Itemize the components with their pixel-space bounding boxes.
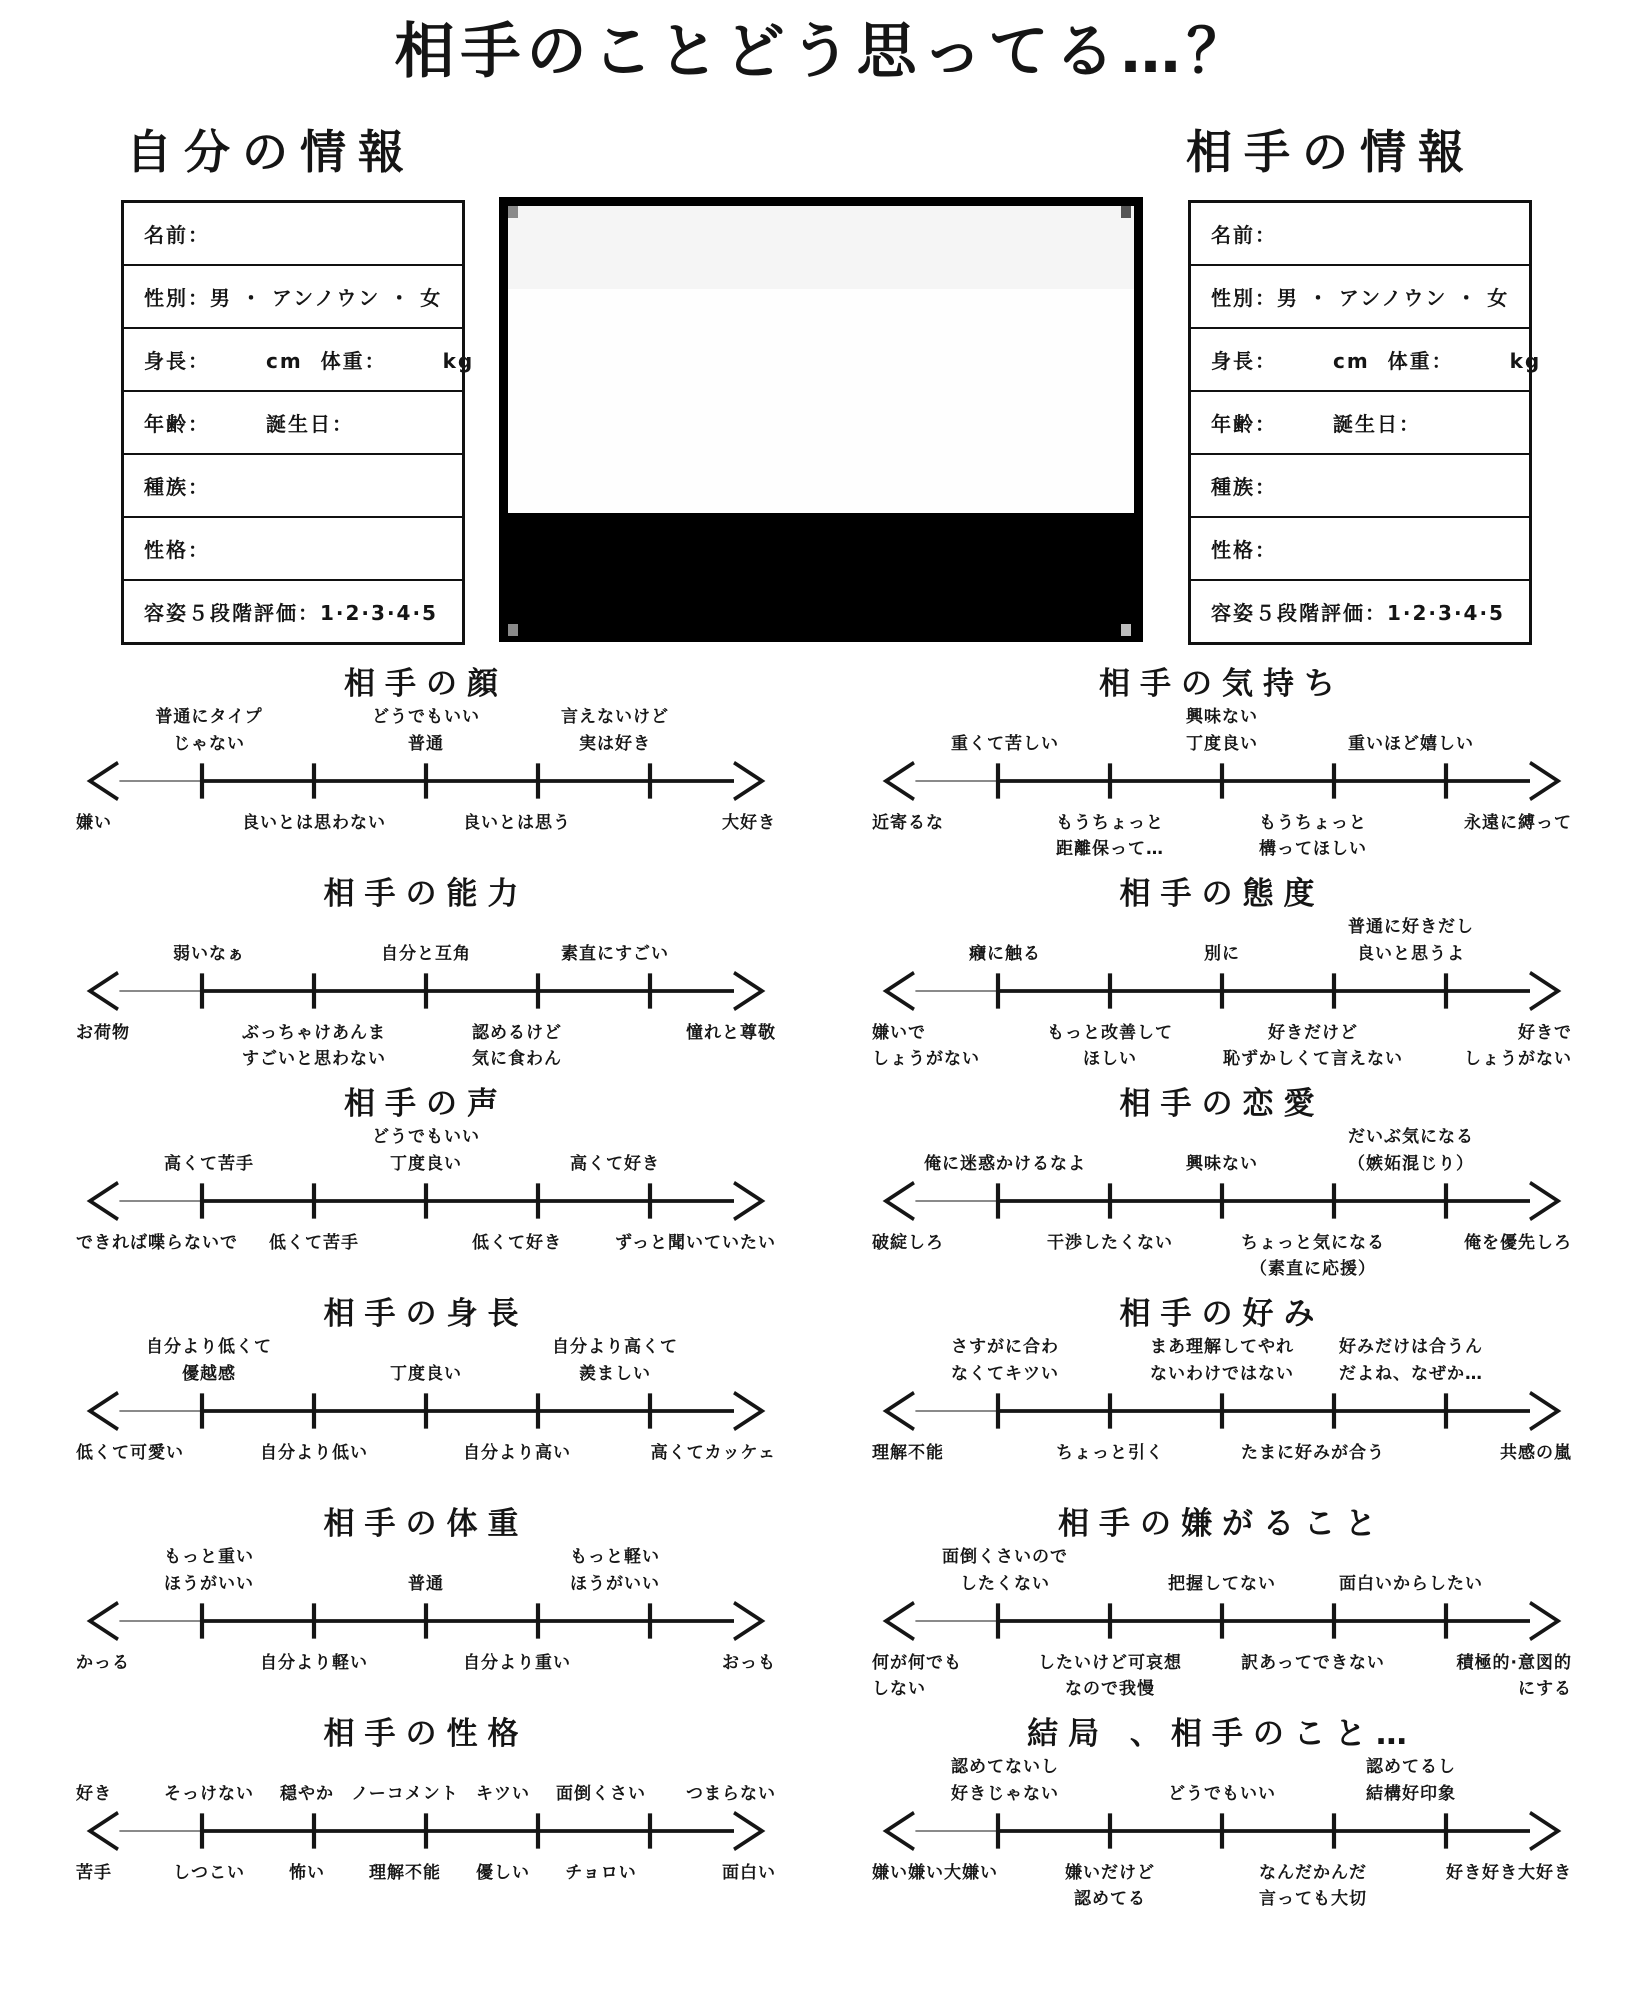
scale-label-below: もうちょっと 構ってほしい	[1259, 810, 1367, 863]
scale-block: 相手の態度癪に触る別に普通に好きだし 良いと思うよ嫌いで しょうがないもっと改善…	[872, 868, 1572, 1078]
scale-label-below: ずっと聞いていたい	[615, 1230, 776, 1256]
scale-labels-below: 何が何でも しないしたいけど可哀想 なので我慢訳あってできない積極的·意図的 に…	[872, 1644, 1572, 1696]
info-field-label: 種族：	[1211, 471, 1277, 500]
scale-label-above: 認めてないし 好きじゃない	[951, 1754, 1059, 1807]
scale-label-below: なんだかんだ 言っても大切	[1259, 1860, 1367, 1913]
scale-label-below: 低くて好き	[472, 1230, 562, 1256]
scale-labels-above: 面倒くさいので したくない把握してない面白いからしたい	[872, 1546, 1572, 1598]
scale-labels-below: 破綻しろ干渉したくないちょっと気になる （素直に応援）俺を優先しろ	[872, 1224, 1572, 1276]
scale-labels-below: 低くて可愛い自分より低い自分より高い高くてカッケェ	[76, 1434, 776, 1486]
scale-label-below: 低くて苦手	[269, 1230, 359, 1256]
partner-info-box: 名前：性別：男 ・ アンノウン ・ 女身長： cm 体重： kg年齢： 誕生日：…	[1188, 200, 1532, 645]
scale-block: 相手の性格好きそっけない穏やかノーコメントキツい面倒くさいつまらない苦手しつこい…	[76, 1708, 776, 1918]
scale-label-below: 好きで しょうがない	[1464, 1020, 1572, 1073]
info-row: 年齢： 誕生日：	[1191, 392, 1529, 455]
partner-info-header: 相手の情報	[1186, 116, 1476, 182]
scale-title: 相手の好み	[872, 1288, 1572, 1336]
scale-title: 相手の顔	[76, 658, 776, 706]
scale-axis	[76, 968, 776, 1014]
scale-label-above: 重いほど嬉しい	[1348, 731, 1474, 757]
scale-label-above: 興味ない 丁度良い	[1186, 704, 1258, 757]
scale-labels-above: 認めてないし 好きじゃないどうでもいい認めてるし 結構好印象	[872, 1756, 1572, 1808]
scale-label-below: 面白い	[722, 1860, 776, 1886]
scale-label-below: できれば喋らないで	[76, 1230, 238, 1256]
scale-labels-above: さすがに合わ なくてキツいまあ理解してやれ ないわけではない好みだけは合うん だ…	[872, 1336, 1572, 1388]
scale-label-above: 面倒くさい	[556, 1781, 646, 1807]
scale-title: 相手の身長	[76, 1288, 776, 1336]
scale-label-above: 普通に好きだし 良いと思うよ	[1348, 914, 1474, 967]
scale-label-above: 面倒くさいので したくない	[942, 1544, 1068, 1597]
info-field-label: 名前：	[144, 219, 210, 248]
scale-label-below: 良いとは思わない	[242, 810, 386, 836]
scale-axis	[76, 1598, 776, 1644]
info-field-label: 種族：	[144, 471, 210, 500]
scale-label-above: 高くて好き	[570, 1151, 660, 1177]
scale-labels-below: できれば喋らないで低くて苦手低くて好きずっと聞いていたい	[76, 1224, 776, 1276]
scale-axis	[872, 1598, 1572, 1644]
scale-labels-above: 癪に触る別に普通に好きだし 良いと思うよ	[872, 916, 1572, 968]
scale-label-below: 理解不能	[369, 1860, 441, 1886]
scale-label-above: だいぶ気になる （嫉妬混じり）	[1348, 1124, 1474, 1177]
info-row: 名前：	[124, 203, 462, 266]
scale-label-above: 自分より低くて 優越感	[146, 1334, 272, 1387]
scale-block: 相手の嫌がること面倒くさいので したくない把握してない面白いからしたい何が何でも…	[872, 1498, 1572, 1708]
info-field-label: 性別：男 ・ アンノウン ・ 女	[1211, 282, 1509, 311]
scale-block: 結局 、相手のこと…認めてないし 好きじゃないどうでもいい認めてるし 結構好印象…	[872, 1708, 1572, 1918]
scale-axis	[872, 1178, 1572, 1224]
scale-label-below: 自分より低い	[260, 1440, 368, 1466]
scale-label-below: 自分より高い	[463, 1440, 571, 1466]
scale-label-below: かっる	[76, 1650, 130, 1676]
info-row: 種族：	[124, 455, 462, 518]
scale-axis	[872, 1808, 1572, 1854]
scale-label-below: したいけど可哀想 なので我慢	[1038, 1650, 1182, 1703]
scale-labels-above: 重くて苦しい興味ない 丁度良い重いほど嬉しい	[872, 706, 1572, 758]
scale-label-below: 嫌い嫌い大嫌い	[872, 1860, 998, 1886]
scale-label-below: 良いとは思う	[463, 810, 571, 836]
scale-label-above: キツい	[476, 1781, 530, 1807]
scale-label-above: 把握してない	[1168, 1571, 1276, 1597]
scale-label-above: まあ理解してやれ ないわけではない	[1150, 1334, 1294, 1387]
scale-label-above: 癪に触る	[969, 941, 1041, 967]
scale-labels-below: 理解不能ちょっと引くたまに好みが合う共感の嵐	[872, 1434, 1572, 1486]
scale-axis	[76, 758, 776, 804]
scale-label-above: 自分より高くて 羨ましい	[552, 1334, 678, 1387]
scale-label-below: ちょっと気になる （素直に応援）	[1241, 1230, 1385, 1283]
info-field-label: 性格：	[1211, 534, 1277, 563]
photo-area	[508, 206, 1134, 513]
info-row: 種族：	[1191, 455, 1529, 518]
scale-label-above: ノーコメント	[351, 1781, 459, 1807]
info-row: 身長： cm 体重： kg	[124, 329, 462, 392]
scale-label-below: 好きだけど 恥ずかしくて言えない	[1223, 1020, 1403, 1073]
scale-axis	[76, 1388, 776, 1434]
scale-axis	[872, 758, 1572, 804]
info-row: 性格：	[124, 518, 462, 581]
scale-axis	[872, 1388, 1572, 1434]
scale-label-above: どうでもいい	[1168, 1781, 1276, 1807]
scale-label-below: 嫌いで しょうがない	[872, 1020, 980, 1073]
corner-mark-icon	[508, 624, 518, 636]
photo-black-band	[508, 513, 1134, 642]
scale-label-below: たまに好みが合う	[1241, 1440, 1385, 1466]
info-field-label: 身長： cm 体重： kg	[144, 345, 474, 374]
scale-label-below: 好き好き大好き	[1446, 1860, 1572, 1886]
scale-label-below: チョロい	[565, 1860, 637, 1886]
scale-block: 相手の好みさすがに合わ なくてキツいまあ理解してやれ ないわけではない好みだけは…	[872, 1288, 1572, 1498]
scale-labels-below: お荷物ぶっちゃけあんま すごいと思わない認めるけど 気に食わん憧れと尊敬	[76, 1014, 776, 1066]
scale-label-below: 低くて可愛い	[76, 1440, 184, 1466]
scale-label-below: 大好き	[722, 810, 776, 836]
scale-label-above: どうでもいい 普通	[372, 704, 480, 757]
scale-label-below: 怖い	[289, 1860, 325, 1886]
scale-labels-above: 自分より低くて 優越感丁度良い自分より高くて 羨ましい	[76, 1336, 776, 1388]
corner-mark-icon	[1121, 624, 1131, 636]
scale-label-above: 好みだけは合うん だよね、なぜか…	[1339, 1334, 1483, 1387]
scale-label-above: 高くて苦手	[164, 1151, 254, 1177]
scale-block: 相手の体重もっと重い ほうがいい普通もっと軽い ほうがいいかっる自分より軽い自分…	[76, 1498, 776, 1708]
scale-label-above: 自分と互角	[381, 941, 471, 967]
scale-title: 相手の声	[76, 1078, 776, 1126]
self-info-box: 名前：性別：男 ・ アンノウン ・ 女身長： cm 体重： kg年齢： 誕生日：…	[121, 200, 465, 645]
scale-label-below: 優しい	[476, 1860, 530, 1886]
scale-label-above: 丁度良い	[390, 1361, 462, 1387]
corner-mark-icon	[1121, 206, 1131, 218]
info-field-label: 身長： cm 体重： kg	[1211, 345, 1541, 374]
scale-labels-below: 近寄るなもうちょっと 距離保って…もうちょっと 構ってほしい永遠に縛って	[872, 804, 1572, 856]
scale-label-above: つまらない	[686, 1781, 776, 1807]
scale-block: 相手の能力弱いなぁ自分と互角素直にすごいお荷物ぶっちゃけあんま すごいと思わない…	[76, 868, 776, 1078]
scale-label-above: 好き	[76, 1781, 112, 1807]
scale-label-below: 訳あってできない	[1241, 1650, 1385, 1676]
scale-label-above: どうでもいい 丁度良い	[372, 1124, 480, 1177]
scale-labels-below: 嫌い嫌い大嫌い嫌いだけど 認めてるなんだかんだ 言っても大切好き好き大好き	[872, 1854, 1572, 1906]
scale-labels-above: もっと重い ほうがいい普通もっと軽い ほうがいい	[76, 1546, 776, 1598]
scales-column-right: 相手の気持ち重くて苦しい興味ない 丁度良い重いほど嬉しい近寄るなもうちょっと 距…	[872, 658, 1572, 1918]
scale-labels-above: 普通にタイプ じゃないどうでもいい 普通言えないけど 実は好き	[76, 706, 776, 758]
scales-column-left: 相手の顔普通にタイプ じゃないどうでもいい 普通言えないけど 実は好き嫌い良いと…	[76, 658, 776, 1918]
scale-axis	[76, 1178, 776, 1224]
scale-label-above: 素直にすごい	[561, 941, 669, 967]
info-field-label: 年齢： 誕生日：	[144, 408, 354, 437]
scale-label-above: さすがに合わ なくてキツい	[951, 1334, 1059, 1387]
scale-label-above: そっけない	[164, 1781, 254, 1807]
scale-label-below: 積極的·意図的 にする	[1457, 1650, 1572, 1703]
scale-title: 相手の気持ち	[872, 658, 1572, 706]
info-row: 身長： cm 体重： kg	[1191, 329, 1529, 392]
scale-title: 相手の恋愛	[872, 1078, 1572, 1126]
info-field-label: 性別：男 ・ アンノウン ・ 女	[144, 282, 442, 311]
scale-labels-below: 苦手しつこい怖い理解不能優しいチョロい面白い	[76, 1854, 776, 1906]
scale-label-above: 興味ない	[1186, 1151, 1258, 1177]
corner-mark-icon	[508, 206, 518, 218]
scale-labels-above: 好きそっけない穏やかノーコメントキツい面倒くさいつまらない	[76, 1756, 776, 1808]
scale-label-below: おっも	[722, 1650, 776, 1676]
scale-label-below: 破綻しろ	[872, 1230, 944, 1256]
info-field-label: 容姿５段階評価：1·2·3·4·5	[1211, 597, 1505, 626]
scale-title: 相手の能力	[76, 868, 776, 916]
scale-label-above: 認めてるし 結構好印象	[1366, 1754, 1456, 1807]
scale-label-below: もっと改善して ほしい	[1047, 1020, 1173, 1073]
info-row: 性別：男 ・ アンノウン ・ 女	[1191, 266, 1529, 329]
scale-labels-above: 弱いなぁ自分と互角素直にすごい	[76, 916, 776, 968]
scale-title: 相手の性格	[76, 1708, 776, 1756]
scale-title: 結局 、相手のこと…	[872, 1708, 1572, 1756]
scale-label-above: 重くて苦しい	[951, 731, 1059, 757]
scale-labels-below: 嫌い良いとは思わない良いとは思う大好き	[76, 804, 776, 856]
scale-label-above: 普通	[408, 1571, 444, 1597]
scale-label-below: 苦手	[76, 1860, 112, 1886]
scale-label-below: 嫌い	[76, 810, 112, 836]
scale-label-below: しつこい	[173, 1860, 245, 1886]
scale-label-above: もっと軽い ほうがいい	[570, 1544, 660, 1597]
scale-block: 相手の気持ち重くて苦しい興味ない 丁度良い重いほど嬉しい近寄るなもうちょっと 距…	[872, 658, 1572, 868]
info-field-label: 性格：	[144, 534, 210, 563]
scale-label-below: 自分より軽い	[260, 1650, 368, 1676]
scale-label-below: 干渉したくない	[1047, 1230, 1173, 1256]
scale-label-above: もっと重い ほうがいい	[164, 1544, 254, 1597]
scale-label-above: 言えないけど 実は好き	[561, 704, 669, 757]
scale-block: 相手の声高くて苦手どうでもいい 丁度良い高くて好きできれば喋らないで低くて苦手低…	[76, 1078, 776, 1288]
info-field-label: 年齢： 誕生日：	[1211, 408, 1421, 437]
scale-block: 相手の身長自分より低くて 優越感丁度良い自分より高くて 羨ましい低くて可愛い自分…	[76, 1288, 776, 1498]
scale-label-below: 憧れと尊敬	[686, 1020, 776, 1046]
scale-label-below: 高くてカッケェ	[651, 1440, 776, 1466]
scale-label-below: 永遠に縛って	[1464, 810, 1572, 836]
info-row: 年齢： 誕生日：	[124, 392, 462, 455]
page-title: 相手のことどう思ってる…？	[0, 4, 1647, 90]
scale-block: 相手の顔普通にタイプ じゃないどうでもいい 普通言えないけど 実は好き嫌い良いと…	[76, 658, 776, 868]
scale-labels-above: 俺に迷惑かけるなよ興味ないだいぶ気になる （嫉妬混じり）	[872, 1126, 1572, 1178]
scale-label-below: 何が何でも しない	[872, 1650, 962, 1703]
info-row: 名前：	[1191, 203, 1529, 266]
info-field-label: 容姿５段階評価：1·2·3·4·5	[144, 597, 438, 626]
scale-axis	[76, 1808, 776, 1854]
scale-labels-below: 嫌いで しょうがないもっと改善して ほしい好きだけど 恥ずかしくて言えない好きで…	[872, 1014, 1572, 1066]
scale-title: 相手の体重	[76, 1498, 776, 1546]
scale-label-below: 俺を優先しろ	[1464, 1230, 1572, 1256]
scale-label-below: ぶっちゃけあんま すごいと思わない	[242, 1020, 386, 1073]
scale-label-below: 共感の嵐	[1500, 1440, 1572, 1466]
scale-label-below: 自分より重い	[463, 1650, 571, 1676]
scale-labels-below: かっる自分より軽い自分より重いおっも	[76, 1644, 776, 1696]
scale-title: 相手の嫌がること	[872, 1498, 1572, 1546]
scale-label-below: もうちょっと 距離保って…	[1056, 810, 1164, 863]
scale-label-above: 俺に迷惑かけるなよ	[924, 1151, 1086, 1177]
scale-labels-above: 高くて苦手どうでもいい 丁度良い高くて好き	[76, 1126, 776, 1178]
scale-label-below: 近寄るな	[872, 810, 944, 836]
scale-label-below: 認めるけど 気に食わん	[472, 1020, 562, 1073]
scale-title: 相手の態度	[872, 868, 1572, 916]
self-info-header: 自分の情報	[126, 116, 416, 182]
scale-label-above: 面白いからしたい	[1339, 1571, 1483, 1597]
scale-label-above: 穏やか	[280, 1781, 334, 1807]
info-row: 容姿５段階評価：1·2·3·4·5	[1191, 581, 1529, 642]
scale-label-above: 普通にタイプ じゃない	[155, 704, 262, 757]
scale-label-below: お荷物	[76, 1020, 130, 1046]
info-row: 性格：	[1191, 518, 1529, 581]
scale-axis	[872, 968, 1572, 1014]
info-field-label: 名前：	[1211, 219, 1277, 248]
scale-block: 相手の恋愛俺に迷惑かけるなよ興味ないだいぶ気になる （嫉妬混じり）破綻しろ干渉し…	[872, 1078, 1572, 1288]
scale-label-below: 嫌いだけど 認めてる	[1065, 1860, 1155, 1913]
photo-placeholder-frame	[499, 197, 1143, 642]
info-row: 性別：男 ・ アンノウン ・ 女	[124, 266, 462, 329]
scale-label-below: ちょっと引く	[1056, 1440, 1164, 1466]
scale-label-above: 弱いなぁ	[173, 941, 245, 967]
info-row: 容姿５段階評価：1·2·3·4·5	[124, 581, 462, 642]
scale-label-below: 理解不能	[872, 1440, 944, 1466]
scale-label-above: 別に	[1204, 941, 1240, 967]
